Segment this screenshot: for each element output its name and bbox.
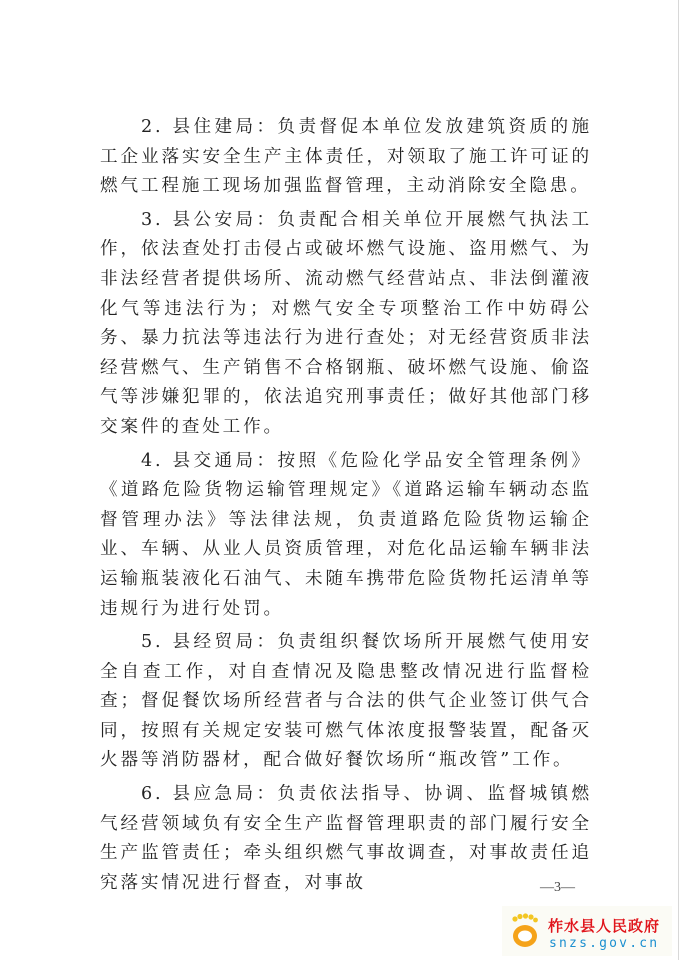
paragraph-transport-bureau: 4. 县交通局：按照《危险化学品安全管理条例》《道路危险货物运输管理规定》《道路…	[100, 447, 592, 625]
paragraph-economy-trade-bureau: 5. 县经贸局：负责组织餐饮场所开展燃气使用安全自查工作，对自查情况及隐患整改情…	[100, 628, 592, 776]
watermark-site-url: snzs.gov.cn	[549, 936, 659, 951]
document-body: 2. 县住建局：负责督促本单位发放建筑资质的施工企业落实安全生产主体责任，对领取…	[100, 113, 592, 902]
watermark-site-name: 柞水县人民政府	[548, 915, 660, 936]
paragraph-emergency-bureau: 6. 县应急局：负责依法指导、协调、监督城镇燃气经营领域负有安全生产监督管理职责…	[100, 780, 592, 898]
page-number: —3—	[540, 880, 575, 896]
paragraph-housing-bureau: 2. 县住建局：负责督促本单位发放建筑资质的施工企业落实安全生产主体责任，对领取…	[100, 113, 592, 202]
site-watermark: 柞水县人民政府 snzs.gov.cn	[502, 906, 672, 956]
paragraph-public-security-bureau: 3. 县公安局：负责配合相关单位开展燃气执法工作，依法查处打击侵占或破坏燃气设施…	[100, 206, 592, 443]
page-edge-line	[678, 0, 679, 960]
footprint-logo-icon	[510, 912, 540, 950]
